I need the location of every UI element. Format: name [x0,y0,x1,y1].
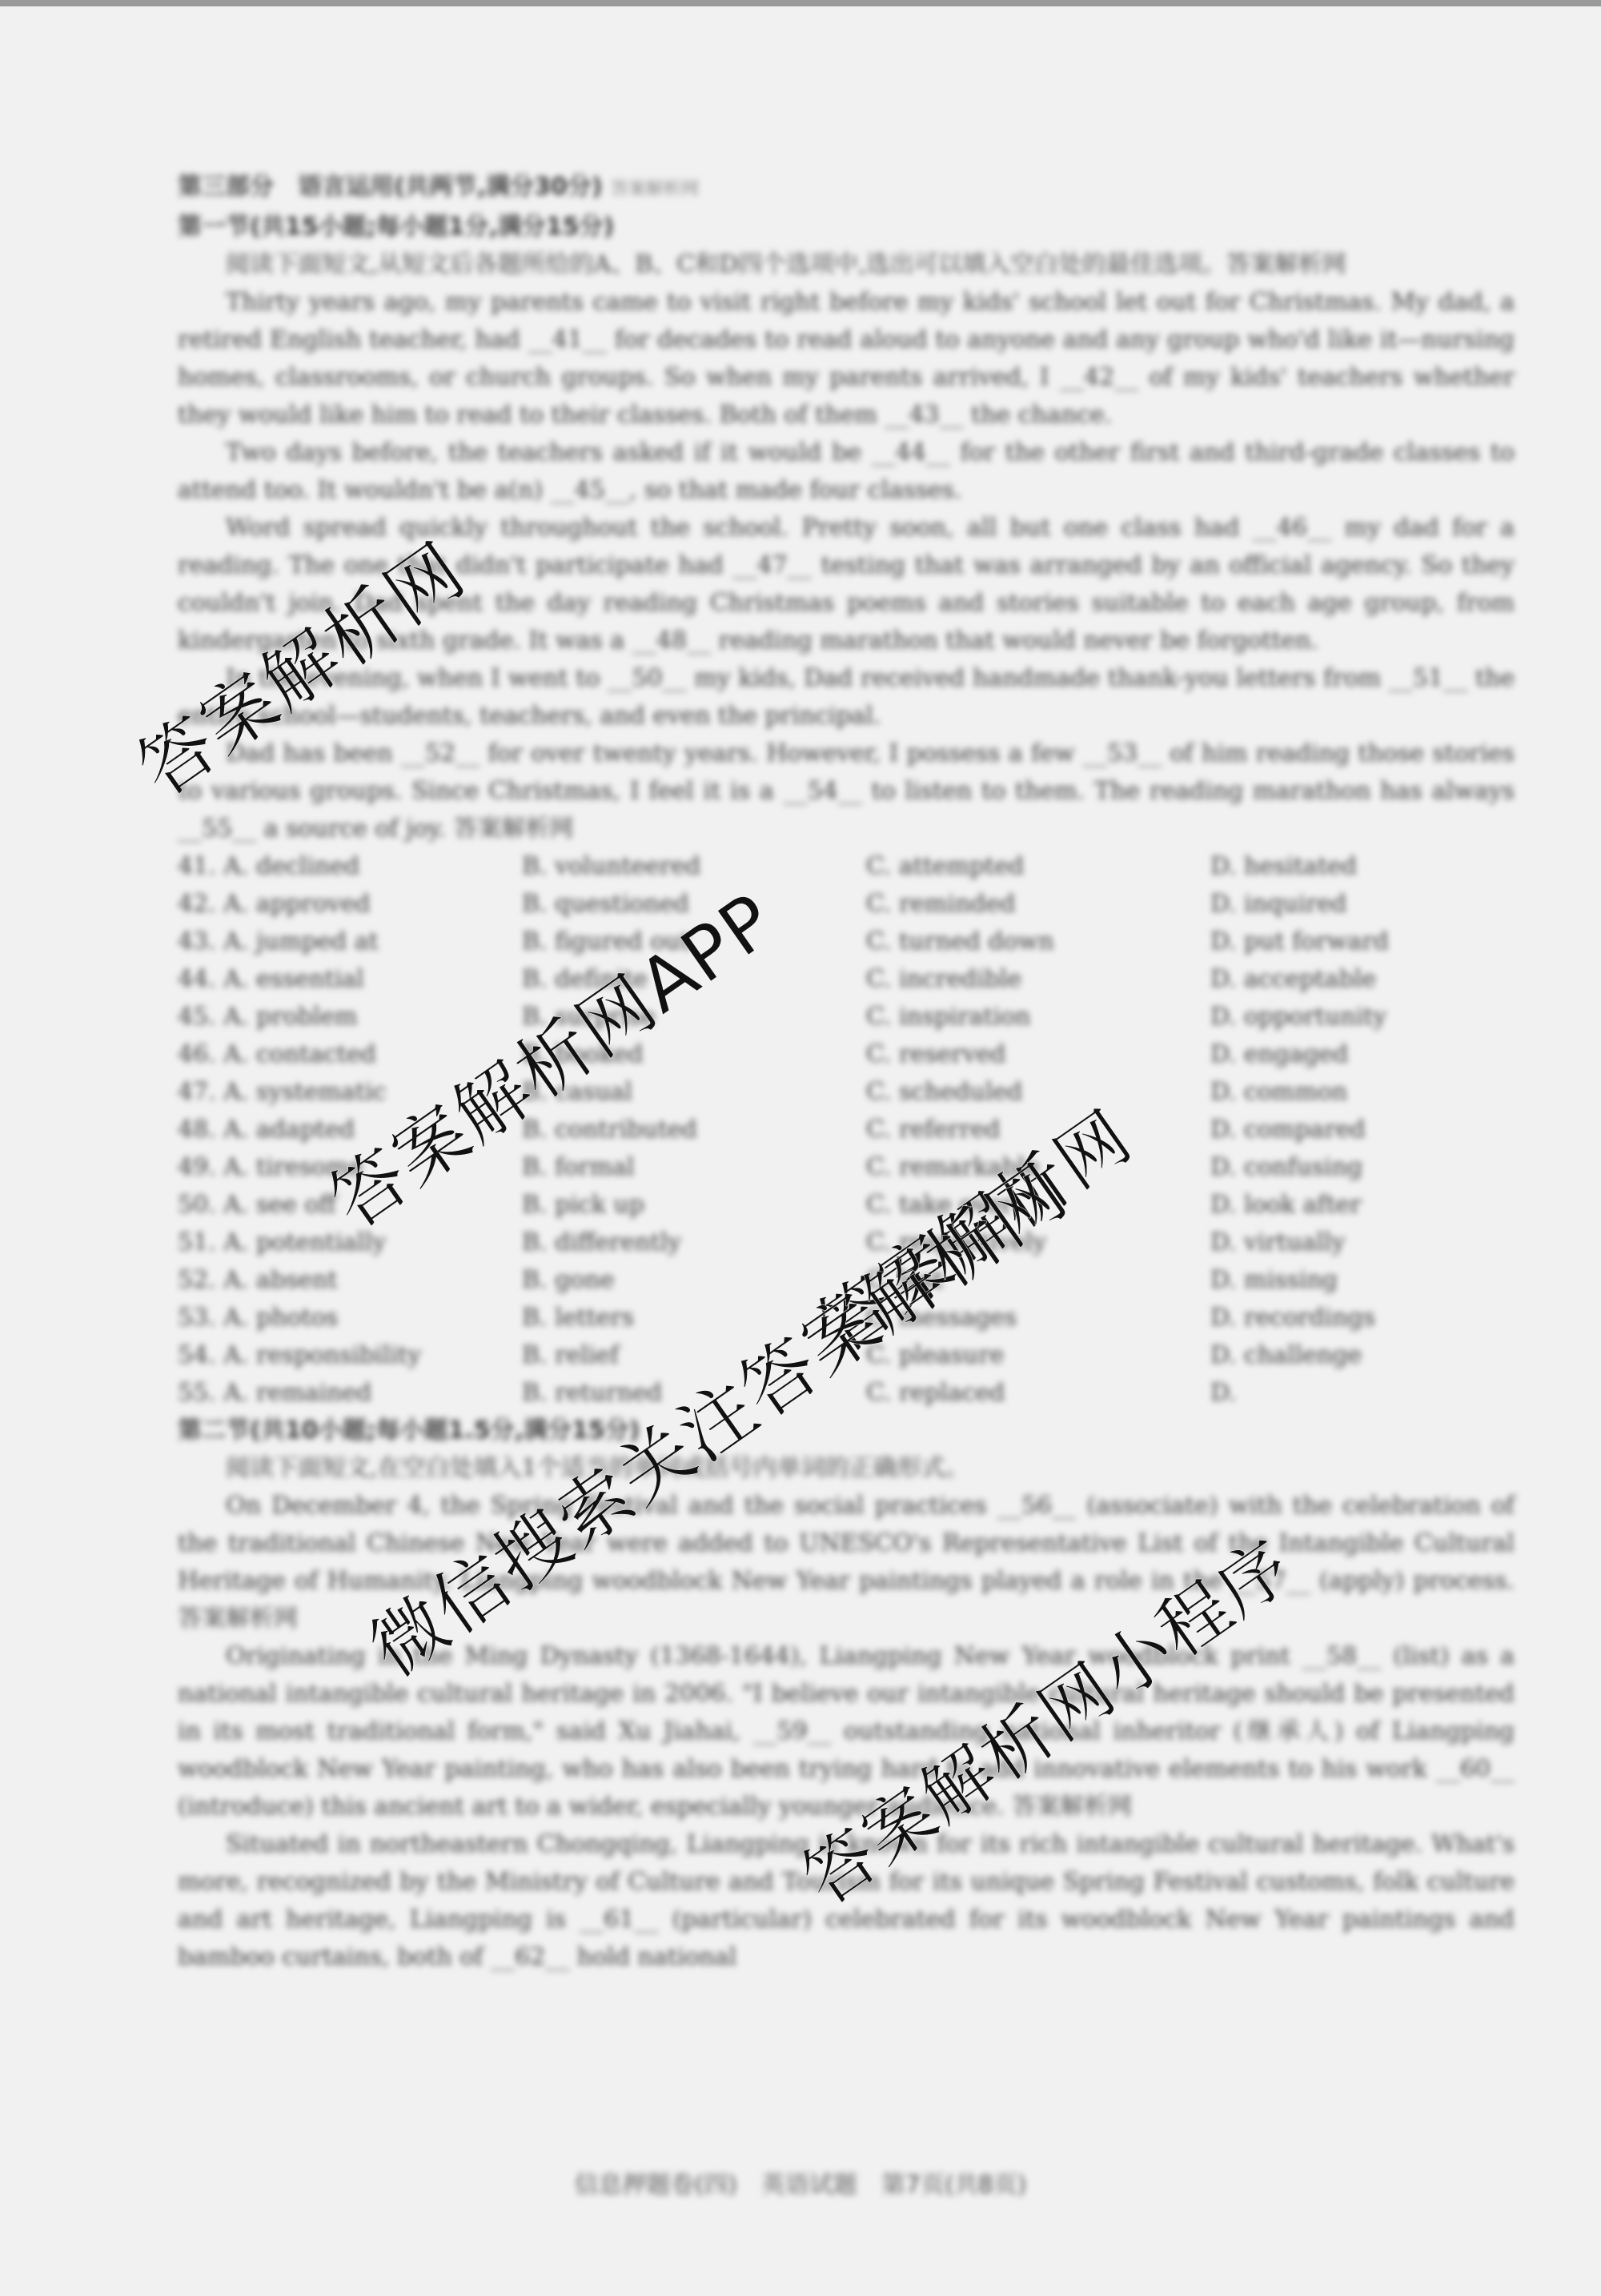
section-header-text: 第三部分 语言运用(共两节,满分30分) [178,173,603,201]
option-d: D. missing [1210,1261,1515,1299]
option-d: D. hesitated [1210,847,1515,885]
option-d: D. common [1210,1073,1515,1111]
option-d: D. opportunity [1210,998,1515,1036]
option-d: D. [1210,1374,1515,1412]
option-d: D. compared [1210,1111,1515,1148]
question-number: 49. [178,1153,223,1181]
option-d: D. engaged [1210,1036,1515,1073]
option-d: D. inquired [1210,885,1515,923]
option-b: B. volunteered [522,847,866,885]
part1-instruction: 阅读下面短文,从短文后各题所给的A、B、C和D四个选项中,选出可以填入空白处的最… [178,246,1515,283]
option-d: D. look after [1210,1186,1515,1224]
passage-paragraph: Two days before, the teachers asked if i… [178,434,1515,509]
option-d: D. virtually [1210,1224,1515,1261]
option-c: C. replaced [866,1374,1210,1412]
option-a: 41. A. declined [178,847,522,885]
part2-title: 第二节(共10小题;每小题1.5分,满分15分) [178,1412,1515,1449]
part2-instruction: 阅读下面短文,在空白处填入1个适当的单词或括号内单词的正确形式。 [178,1449,1515,1487]
question-number: 44. [178,965,223,993]
option-b: B. differently [522,1224,866,1261]
part1-title: 第一节(共15小题;每小题1分,满分15分) [178,208,1515,246]
question-number: 41. [178,852,223,880]
section-tag: 答案解析网 [611,179,699,199]
section-header: 第三部分 语言运用(共两节,满分30分) 答案解析网 [178,168,1515,208]
option-a: 54. A. responsibility [178,1336,522,1374]
option-b: B. formal [522,1148,866,1186]
question-number: 43. [178,928,223,956]
scan-edge [0,0,1601,6]
question-number: 42. [178,890,223,918]
option-c: C. inspiration [866,998,1210,1036]
question-number: 54. [178,1341,223,1369]
option-a: 45. A. problem [178,998,522,1036]
option-a: 43. A. jumped at [178,923,522,960]
question-number: 46. [178,1040,223,1068]
option-d: D. put forward [1210,923,1515,960]
option-d: D. challenge [1210,1336,1515,1374]
option-c: C. attempted [866,847,1210,885]
option-b: B. contributed [522,1111,866,1148]
option-a: 42. A. approved [178,885,522,923]
question-number: 47. [178,1078,223,1106]
option-d: D. acceptable [1210,960,1515,998]
question-number: 48. [178,1116,223,1144]
question-number: 53. [178,1304,223,1332]
option-a: 51. A. potentially [178,1224,522,1261]
page-footer: 信息押题卷(四) 英语试题 第7页(共8页) [0,2165,1601,2200]
option-c: C. reminded [866,885,1210,923]
option-c: C. scheduled [866,1073,1210,1111]
question-number: 55. [178,1379,223,1407]
option-c: C. incredible [866,960,1210,998]
option-a: 52. A. absent [178,1261,522,1299]
option-d: D. recordings [1210,1299,1515,1336]
question-number: 45. [178,1003,223,1031]
exam-page: 第三部分 语言运用(共两节,满分30分) 答案解析网 第一节(共15小题;每小题… [178,168,1515,1976]
option-c: C. reserved [866,1036,1210,1073]
option-a: 44. A. essential [178,960,522,998]
question-number: 50. [178,1191,223,1219]
passage-paragraph: Dad has been __52__ for over twenty year… [178,735,1515,847]
option-b: B. pick up [522,1186,866,1224]
option-a: 53. A. photos [178,1299,522,1336]
question-number: 51. [178,1228,223,1256]
option-d: D. confusing [1210,1148,1515,1186]
passage-paragraph: Thirty years ago, my parents came to vis… [178,283,1515,434]
question-number: 52. [178,1266,223,1294]
option-c: C. pleasure [866,1336,1210,1374]
option-c: C. turned down [866,923,1210,960]
option-a: 55. A. remained [178,1374,522,1412]
